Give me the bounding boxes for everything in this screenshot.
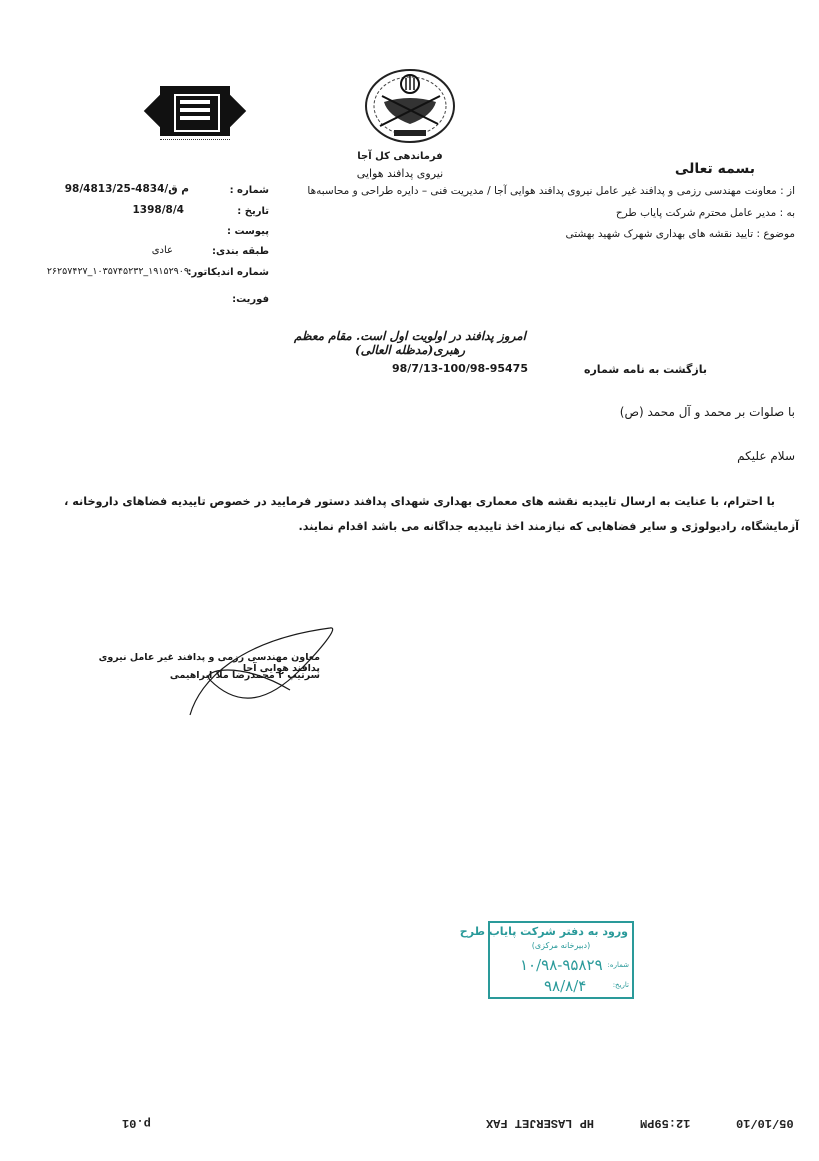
slogan: امروز پدافند در اولویت اول است. مقام معظ… [270,329,550,357]
stamp-date-label: تاریخ: [613,981,629,989]
army-emblem [362,66,458,152]
logo-caption [160,139,230,144]
number-label: شماره : [179,185,269,196]
number-value: 98/4813/25-4834/م ق [65,183,189,195]
reference-label: بازگشت به نامه شماره [584,363,707,376]
attachment-label: پیوست : [179,226,269,237]
reference-number: 98/7/13-100/98-95475 [392,362,528,375]
emblem-icon [362,66,458,152]
stamp-number: ۱۰/۹۸-۹۵۸۲۹ [520,956,603,974]
stamp-title: ورود به دفتر شرکت پایاب طرح [460,925,628,938]
subject-line: موضوع : تایید نقشه های بهداری شهرک شهید … [566,228,795,240]
classification-label: طبقه بندی: [179,246,269,257]
fax-time: 12:59PM [640,1116,690,1130]
force-title: نیروی پدافند هوایی [330,167,470,180]
fax-device: HP LASERJET FAX [486,1116,594,1130]
receipt-stamp: ورود به دفتر شرکت پایاب طرح (دبیرخانه مر… [488,921,634,999]
stamp-number-label: شماره: [608,961,629,969]
date-value: 1398/8/4 [132,204,184,216]
defense-logo [150,86,240,146]
salawat-line: با صلوات بر محمد و آل محمد (ص) [620,405,795,419]
date-label: تاریخ : [179,206,269,217]
indicator-value: ۲۶۲۵۷۴۲۷_۱۰۳۵۷۴۵۲۳۲_۱۹۱۵۲۹۰۹ [47,266,189,277]
urgency-label: فوریت: [179,294,269,305]
from-line: از : معاونت مهندسی رزمی و پدافند غیر عام… [295,185,795,197]
letter-body: با احترام، با عنایت به ارسال تاییدیه نقش… [9,489,799,539]
signatory-name: سرتیپ ۲ محمدرضا ملا ابراهیمی [150,670,320,681]
salam-line: سلام علیکم [737,449,795,463]
stamp-date: ۹۸/۸/۴ [544,977,586,995]
to-line: به : مدیر عامل محترم شرکت پایاب طرح [616,207,795,219]
command-title: فرماندهی کل آجا [330,151,470,162]
classification-value: عادی [152,245,173,256]
fax-page-number: p.01 [122,1116,151,1130]
indicator-label: شماره اندیکاتور: [179,267,269,278]
logo-script [180,100,210,104]
bismillah-heading: بسمه تعالی [675,161,755,177]
fax-date: 05/10/10 [736,1116,794,1130]
stamp-subtitle: (دبیرخانه مرکزی) [490,941,632,950]
